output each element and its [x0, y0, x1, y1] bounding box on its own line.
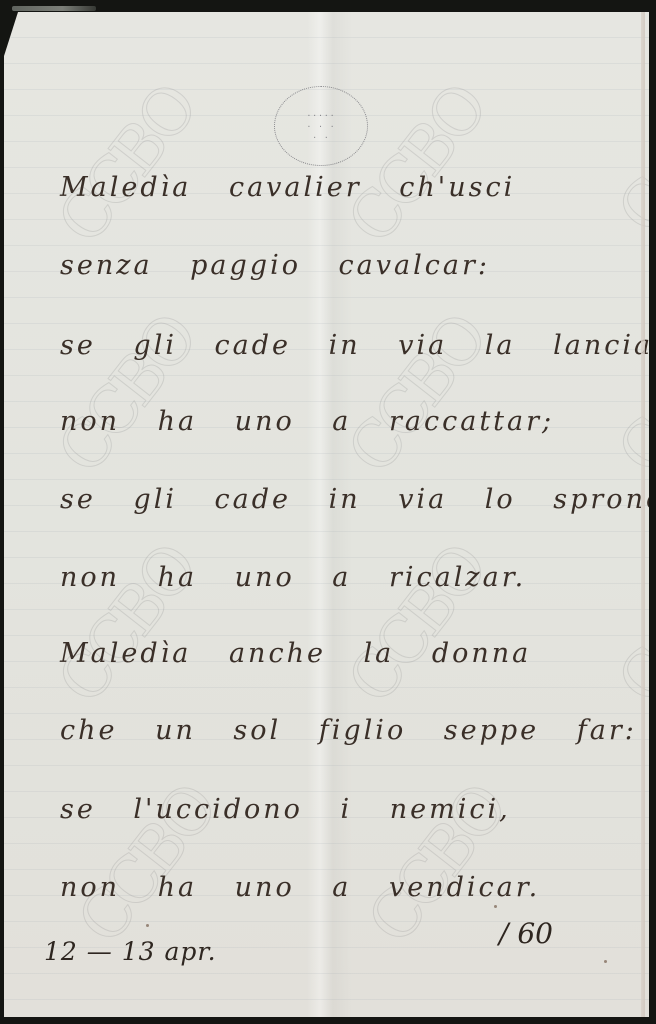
verse-text: se l'uccidono i nemici, — [60, 794, 511, 825]
scanned-document: CCBO CCBO CCBO CCBO CCBO CCBO CCBO CCBO … — [0, 0, 656, 1024]
date-note: 12 — 13 apr. — [44, 937, 217, 966]
verse-line-1: Maledìa cavalier ch'usci — [60, 172, 515, 203]
scan-edge-strip — [12, 6, 96, 11]
verse-line-2: senza paggio cavalcar: — [60, 250, 490, 281]
verse-line-10: non ha uno a vendicar. — [60, 872, 540, 903]
verse-line-9: se l'uccidono i nemici, — [60, 794, 511, 825]
verse-text: che un sol figlio seppe far: — [60, 715, 637, 746]
watermark: CCBO — [604, 64, 656, 247]
verse-line-3: se gli cade in via la lancia, — [60, 330, 656, 361]
stamp-line: · · — [312, 132, 329, 143]
verse-text: non ha uno a ricalzar. — [60, 562, 526, 593]
manuscript-page: CCBO CCBO CCBO CCBO CCBO CCBO CCBO CCBO … — [4, 12, 649, 1017]
watermark: CCBO — [44, 74, 210, 257]
archive-stamp: ····· · · · · · — [274, 86, 368, 166]
verse-text: Maledìa cavalier ch'usci — [60, 172, 515, 203]
stamp-line: ····· — [306, 110, 335, 121]
paper-speck — [494, 905, 497, 908]
verse-text: se gli cade in via la lancia, — [60, 330, 656, 361]
verse-line-6: non ha uno a ricalzar. — [60, 562, 526, 593]
verse-line-4: non ha uno a raccattar; — [60, 406, 554, 437]
watermark: CCBO — [604, 534, 656, 717]
paper-speck — [146, 924, 149, 927]
stamp-line: · · · — [306, 121, 335, 132]
verse-text: non ha uno a vendicar. — [60, 872, 540, 903]
paper-speck — [604, 960, 607, 963]
page-reference: / 60 — [499, 917, 553, 950]
verse-line-7: Maledìa anche la donna — [60, 638, 531, 669]
verse-line-5: se gli cade in via lo sprone, — [60, 484, 656, 515]
verse-text: Maledìa anche la donna — [60, 638, 531, 669]
verse-text: non ha uno a raccattar; — [60, 406, 554, 437]
verse-text: se gli cade in via lo sprone, — [60, 484, 656, 515]
verse-text: senza paggio cavalcar: — [60, 250, 490, 281]
verse-line-8: che un sol figlio seppe far: — [60, 715, 637, 746]
